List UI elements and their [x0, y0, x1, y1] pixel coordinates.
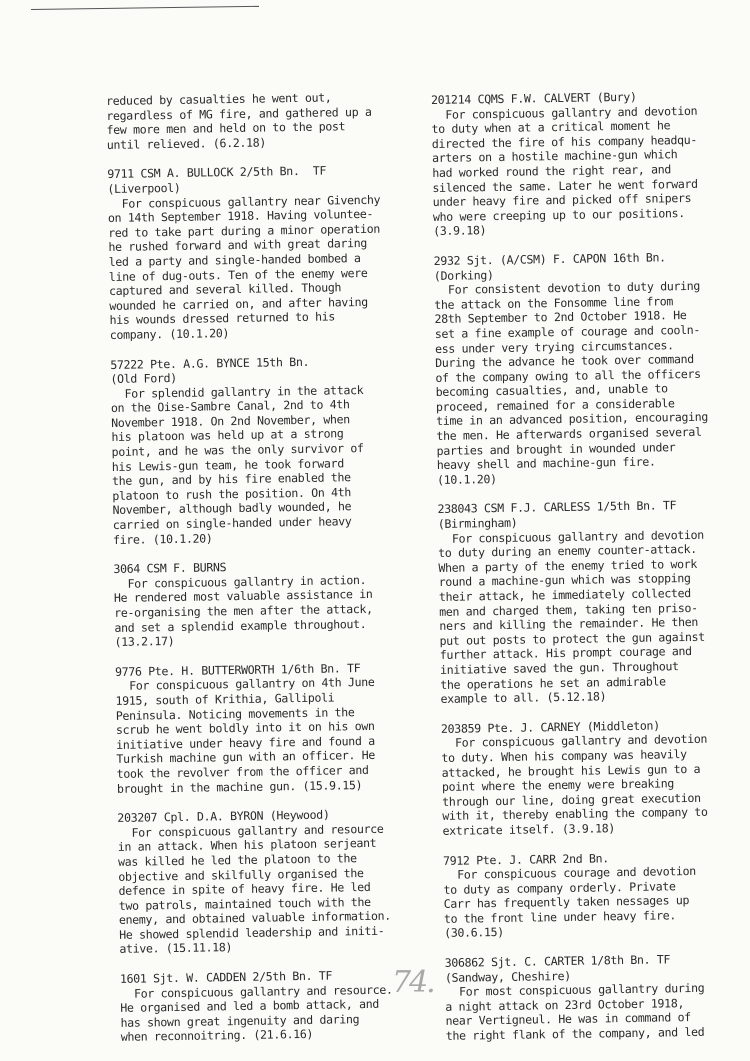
entry-citation: For conspicuous gallantry and resource i…: [117, 821, 419, 957]
citation-entry: 306862 Sjt. C. CARTER 1/8th Bn. TF (Sand…: [445, 951, 746, 1043]
entry-citation: For consistent devotion to duty during t…: [434, 278, 737, 487]
continuation-text: reduced by casualties he went out, regar…: [106, 89, 407, 152]
citation-entry: 57222 Pte. A.G. BYNCE 15th Bn. (Old Ford…: [110, 353, 413, 547]
top-rule-line: [31, 6, 259, 10]
entry-citation: For conspicuous gallantry and devotion t…: [441, 732, 743, 839]
citation-entry: 9776 Pte. H. BUTTERWORTH 1/6th Bn. TF Fo…: [115, 660, 417, 796]
handwritten-page-number: 74.: [392, 965, 434, 1000]
citation-entry: 9711 CSM A. BULLOCK 2/5th Bn. TF (Liverp…: [107, 163, 410, 343]
entry-citation: For conspicuous courage and devotion to …: [443, 863, 744, 941]
entry-citation: For conspicuous gallantry on 4th June 19…: [115, 675, 417, 796]
entry-citation: For conspicuous gallantry and resource. …: [120, 982, 421, 1045]
entry-citation: For conspicuous gallantry near Givenchy …: [108, 192, 410, 343]
citation-entry: 201214 CQMS F.W. CALVERT (Bury) For cons…: [431, 88, 733, 239]
entry-citation: For conspicuous gallantry and devotion t…: [438, 527, 741, 707]
citation-entry: 203207 Cpl. D.A. BYRON (Heywood) For con…: [117, 806, 419, 957]
left-column: reduced by casualties he went out, regar…: [106, 89, 421, 1060]
right-column: 201214 CQMS F.W. CALVERT (Bury) For cons…: [431, 88, 746, 1058]
entry-citation: For splendid gallantry in the attack on …: [111, 382, 413, 547]
entry-citation: For conspicuous gallantry in action. He …: [114, 572, 415, 650]
citation-entry: 238043 CSM F.J. CARLESS 1/5th Bn. TF (Bi…: [437, 498, 740, 707]
citation-entry: 203859 Pte. J. CARNEY (Middleton) For co…: [441, 717, 743, 838]
entry-citation: For conspicuous gallantry and devotion t…: [431, 103, 733, 239]
citation-entry: 1601 Sjt. W. CADDEN 2/5th Bn. TF For con…: [120, 967, 421, 1045]
continuation-paragraph: reduced by casualties he went out, regar…: [106, 89, 407, 152]
entry-citation: For most conspicuous gallantry during a …: [445, 980, 746, 1043]
citation-entry: 7912 Pte. J. CARR 2nd Bn. For conspicuou…: [443, 849, 744, 941]
citation-entry: 3064 CSM F. BURNS For conspicuous gallan…: [113, 557, 414, 649]
citation-entry: 2932 Sjt. (A/CSM) F. CAPON 16th Bn. (Dor…: [434, 249, 738, 487]
